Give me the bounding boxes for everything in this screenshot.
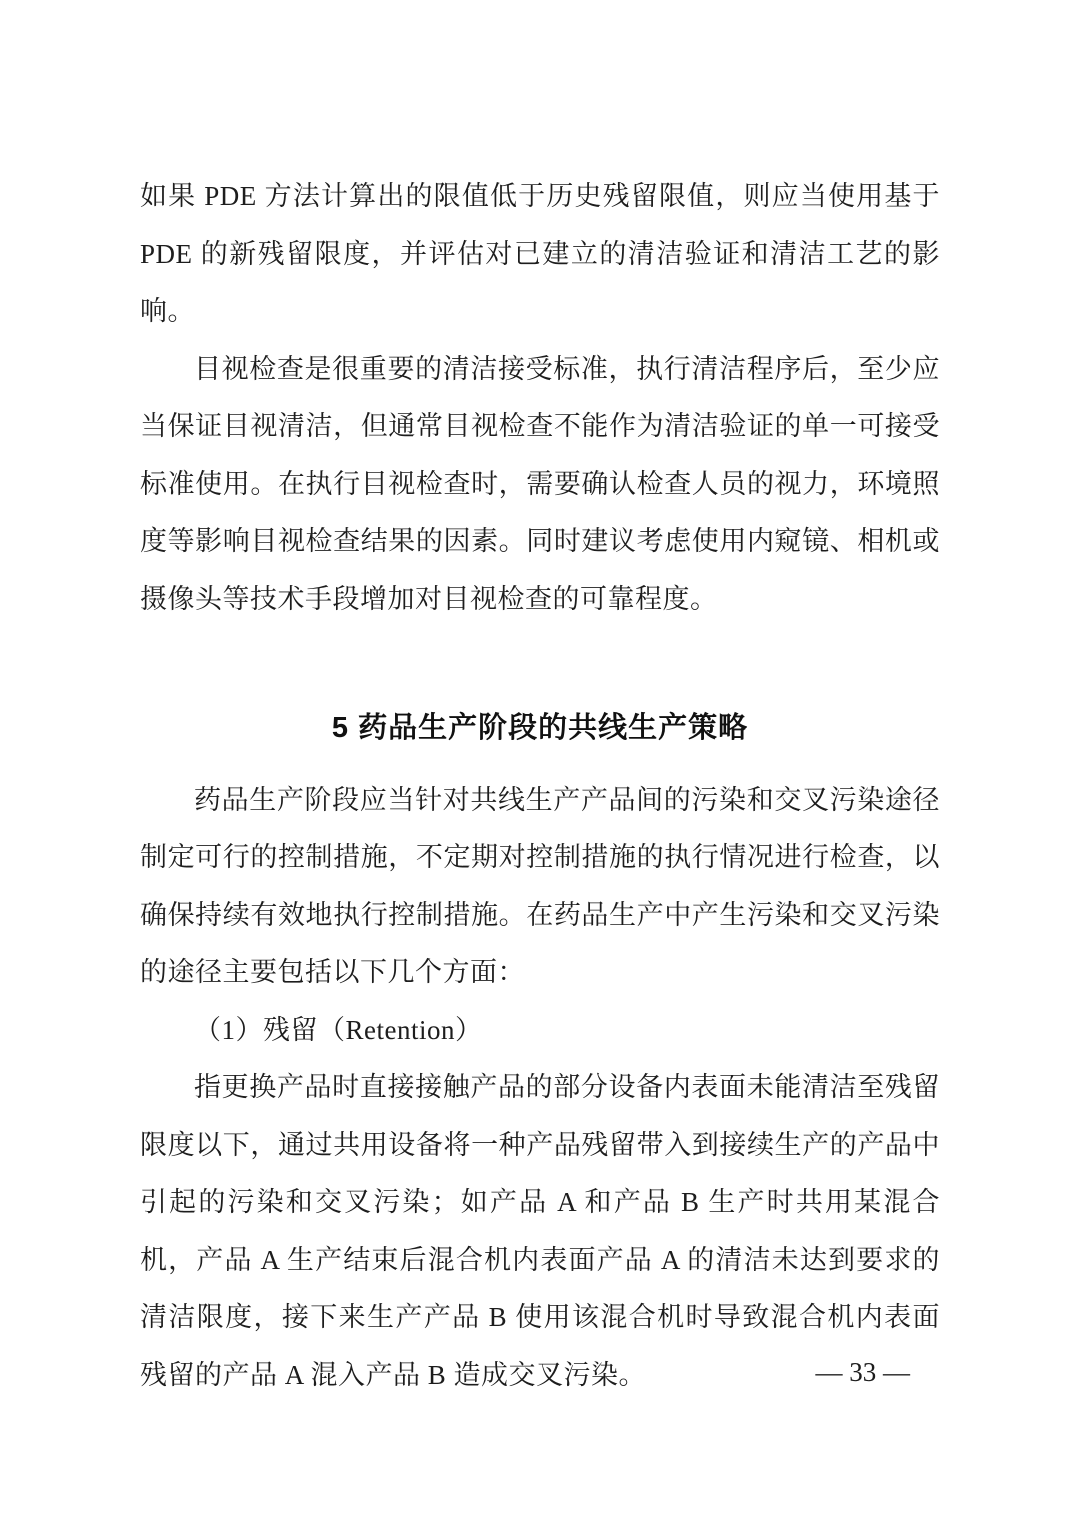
paragraph-visual-inspection: 目视检查是很重要的清洁接受标准，执行清洁程序后，至少应当保证目视清洁，但通常目视… — [140, 341, 940, 629]
paragraph-pde-limit: 如果 PDE 方法计算出的限值低于历史残留限值，则应当使用基于 PDE 的新残留… — [140, 168, 940, 341]
document-content: 如果 PDE 方法计算出的限值低于历史残留限值，则应当使用基于 PDE 的新残留… — [140, 168, 940, 1404]
paragraph-production-stage-strategy: 药品生产阶段应当针对共线生产产品间的污染和交叉污染途径制定可行的控制措施，不定期… — [140, 772, 940, 1002]
document-page: 如果 PDE 方法计算出的限值低于历史残留限值，则应当使用基于 PDE 的新残留… — [0, 0, 1080, 1526]
page-number: — 33 — — [816, 1357, 911, 1387]
list-item-retention-title: （1）残留（Retention） — [140, 1002, 940, 1060]
section-5-heading: 5 药品生产阶段的共线生产策略 — [140, 700, 940, 758]
page-footer: — 33 — — [816, 1352, 911, 1392]
